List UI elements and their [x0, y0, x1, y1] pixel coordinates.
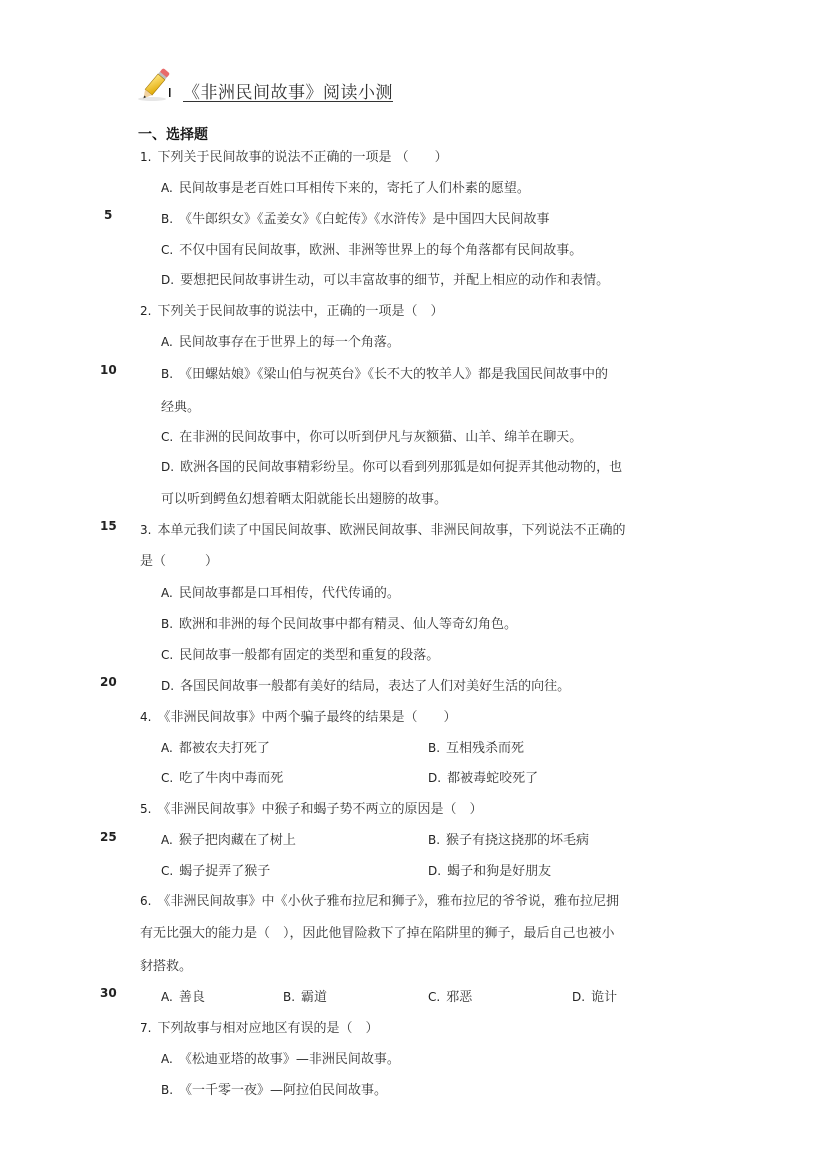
q1-option-d: D.要想把民间故事讲生动，可以丰富故事的细节，并配上相应的动作和表情。 — [161, 269, 609, 288]
line-number: 30 — [100, 986, 130, 1000]
question-6: 6.《非洲民间故事》中《小伙子雅布拉尼和狮子》，雅布拉尼的爷爷说，雅布拉尼拥 — [140, 890, 619, 909]
line-number: 20 — [100, 675, 130, 689]
q4-option-b: B.互相残杀而死 — [428, 737, 524, 756]
section-heading: 一、选择题 — [138, 124, 208, 144]
q3-option-d: D.各国民间故事一般都有美好的结局，表达了人们对美好生活的向往。 — [161, 675, 570, 694]
q3-option-b: B.欧洲和非洲的每个民间故事中都有精灵、仙人等奇幻角色。 — [161, 613, 517, 632]
q5-option-d: D.蝎子和狗是好朋友 — [428, 860, 551, 879]
question-4: 4.《非洲民间故事》中两个骗子最终的结果是（ ） — [140, 706, 456, 725]
q2-option-c: C.在非洲的民间故事中，你可以听到伊凡与灰额猫、山羊、绵羊在聊天。 — [161, 426, 582, 445]
q6-option-b: B.霸道 — [283, 986, 327, 1005]
q2-option-d-cont: 可以听到鳄鱼幻想着晒太阳就能长出翅膀的故事。 — [161, 488, 447, 507]
pencil-icon — [136, 68, 172, 102]
q5-option-a: A.猴子把肉藏在了树上 — [161, 829, 296, 848]
question-6-cont-2: 豺搭救。 — [140, 955, 192, 974]
page-title: 《非洲民间故事》阅读小测 — [183, 78, 393, 103]
question-6-cont-1: 有无比强大的能力是（ ），因此他冒险救下了掉在陷阱里的狮子，最后自己也被小 — [140, 922, 615, 941]
q6-option-d: D.诡计 — [572, 986, 617, 1005]
question-7: 7.下列故事与相对应地区有误的是（ ） — [140, 1017, 378, 1036]
q7-option-a: A.《松迪亚塔的故事》—非洲民间故事。 — [161, 1048, 400, 1067]
question-5: 5.《非洲民间故事》中猴子和蝎子势不两立的原因是（ ） — [140, 798, 482, 817]
q4-option-a: A.都被农夫打死了 — [161, 737, 270, 756]
line-number: 10 — [100, 363, 130, 377]
question-number: 1. — [140, 150, 151, 164]
line-number: 15 — [100, 519, 130, 533]
q2-option-b: B.《田螺姑娘》《梁山伯与祝英台》《长不大的牧羊人》都是我国民间故事中的 — [161, 363, 608, 382]
q3-option-a: A.民间故事都是口耳相传，代代传诵的。 — [161, 582, 400, 601]
question-2: 2.下列关于民间故事的说法中，正确的一项是（ ） — [140, 300, 443, 319]
q7-option-b: B.《一千零一夜》—阿拉伯民间故事。 — [161, 1079, 387, 1098]
q1-option-c: C.不仅中国有民间故事，欧洲、非洲等世界上的每个角落都有民间故事。 — [161, 239, 582, 258]
q1-option-a: A.民间故事是老百姓口耳相传下来的，寄托了人们朴素的愿望。 — [161, 177, 530, 196]
q2-option-d: D.欧洲各国的民间故事精彩纷呈。你可以看到列那狐是如何捉弄其他动物的，也 — [161, 456, 622, 475]
document-page: 《非洲民间故事》阅读小测 一、选择题 5 10 15 20 25 30 1.下列… — [0, 0, 826, 1169]
q2-option-a: A.民间故事存在于世界上的每一个角落。 — [161, 331, 400, 350]
q2-option-b-cont: 经典。 — [161, 396, 200, 415]
question-1: 1.下列关于民间故事的说法不正确的一项是 （ ） — [140, 146, 448, 165]
q5-option-b: B.猴子有挠这挠那的坏毛病 — [428, 829, 589, 848]
q5-option-c: C.蝎子捉弄了猴子 — [161, 860, 270, 879]
line-number: 5 — [104, 208, 134, 222]
line-number: 25 — [100, 830, 130, 844]
q6-option-c: C.邪恶 — [428, 986, 472, 1005]
q1-option-b: B.《牛郎织女》《孟姜女》《白蛇传》《水浒传》是中国四大民间故事 — [161, 208, 550, 227]
q4-option-c: C.吃了牛肉中毒而死 — [161, 767, 283, 786]
question-3-cont: 是（ ） — [140, 550, 218, 569]
question-stem: 下列关于民间故事的说法不正确的一项是 （ ） — [157, 150, 447, 165]
q4-option-d: D.都被毒蛇咬死了 — [428, 767, 538, 786]
question-3: 3.本单元我们读了中国民间故事、欧洲民间故事、非洲民间故事，下列说法不正确的 — [140, 519, 625, 538]
q6-option-a: A.善良 — [161, 986, 205, 1005]
q3-option-c: C.民间故事一般都有固定的类型和重复的段落。 — [161, 644, 439, 663]
